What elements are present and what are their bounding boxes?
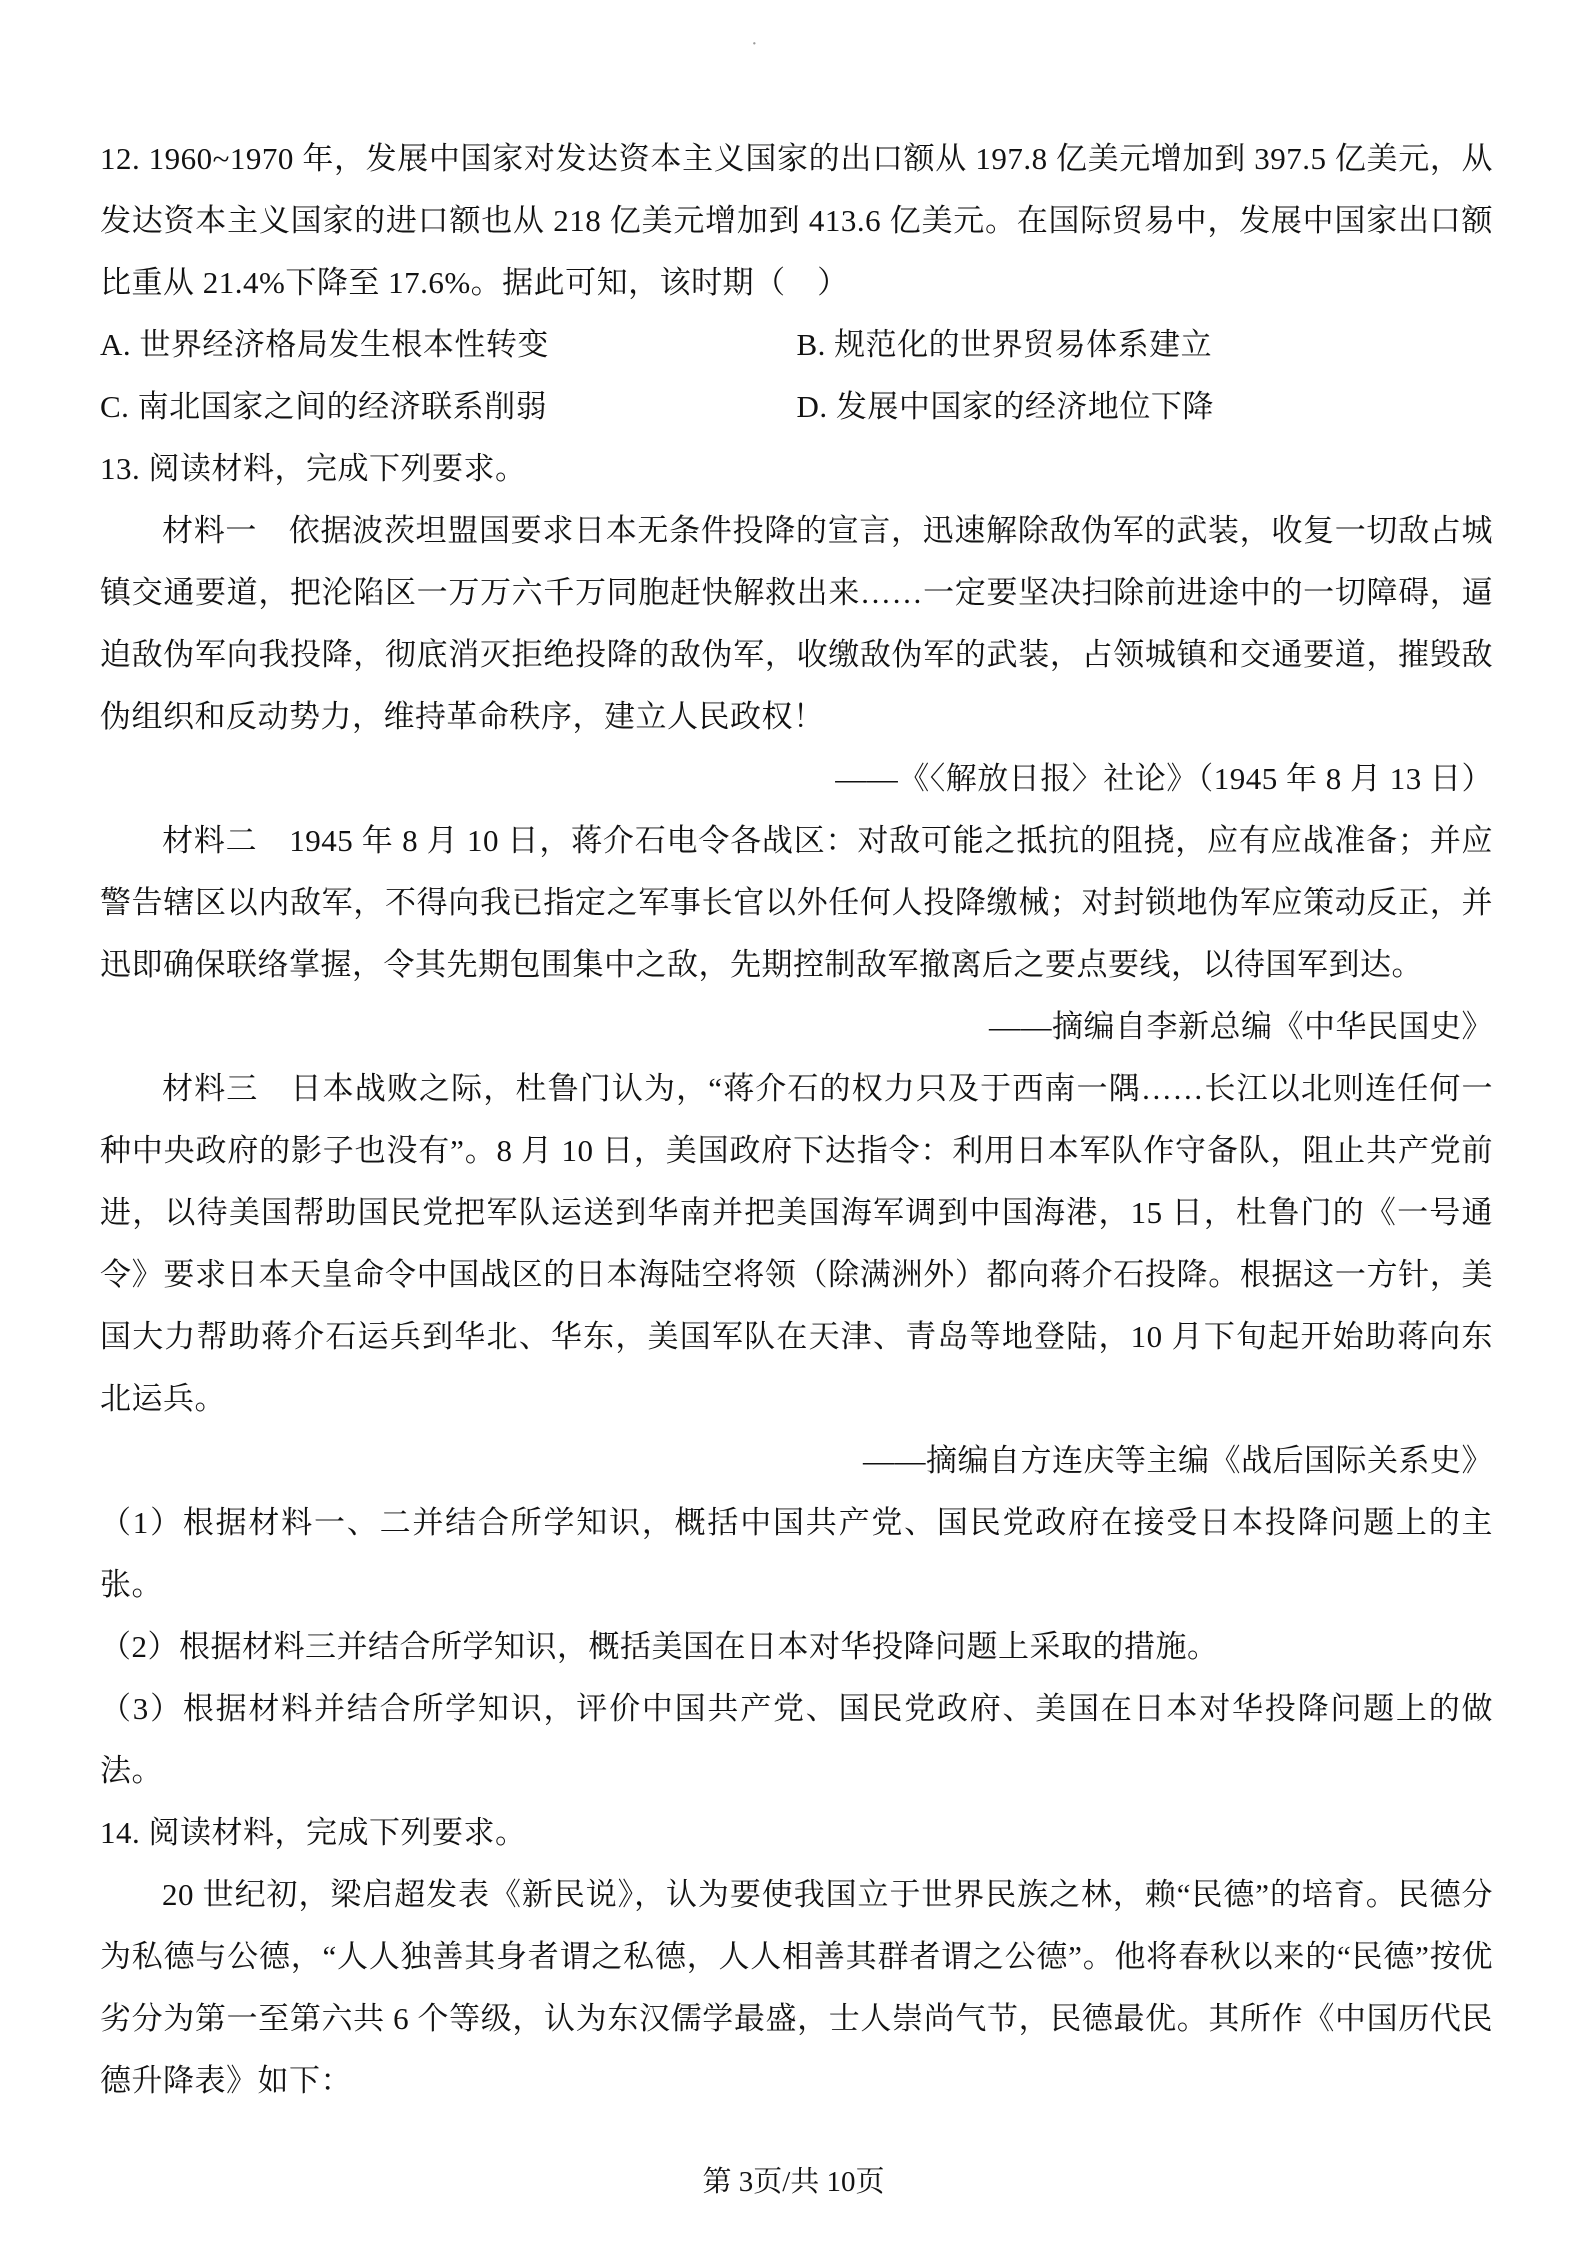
material-3-source: ——摘编自方连庆等主编《战后国际关系史》 — [100, 1430, 1493, 1492]
material-2-paragraph: 材料二 1945 年 8 月 10 日，蒋介石电令各战区：对敌可能之抵抗的阻挠，… — [100, 810, 1493, 996]
option-C: C. 南北国家之间的经济联系削弱 — [100, 376, 797, 438]
question-12-stem: 12. 1960~1970 年，发展中国家对发达资本主义国家的出口额从 197.… — [100, 128, 1493, 314]
question-14-heading: 14. 阅读材料，完成下列要求。 — [100, 1802, 1493, 1864]
page-number-label: 第 3页/共 10页 — [702, 2166, 884, 2198]
page-footer: 第 3页/共 10页 — [0, 2162, 1587, 2202]
exam-content: 12. 1960~1970 年，发展中国家对发达资本主义国家的出口额从 197.… — [100, 128, 1493, 2112]
question-14-material-paragraph: 20 世纪初，梁启超发表《新民说》，认为要使我国立于世界民族之林，赖“民德”的培… — [100, 1864, 1493, 2112]
question-13-subquestion-3: （3）根据材料并结合所学知识，评价中国共产党、国民党政府、美国在日本对华投降问题… — [100, 1678, 1493, 1802]
material-2-source: ——摘编自李新总编《中华民国史》 — [100, 996, 1493, 1058]
stray-dot-mark: · — [751, 34, 758, 54]
question-13-subquestion-2: （2）根据材料三并结合所学知识，概括美国在日本对华投降问题上采取的措施。 — [100, 1616, 1493, 1678]
material-1-source: ——《〈解放日报〉社论》（1945 年 8 月 13 日） — [100, 748, 1493, 810]
question-13-subquestion-1: （1）根据材料一、二并结合所学知识，概括中国共产党、国民党政府在接受日本投降问题… — [100, 1492, 1493, 1616]
question-13-heading: 13. 阅读材料，完成下列要求。 — [100, 438, 1493, 500]
material-1-paragraph: 材料一 依据波茨坦盟国要求日本无条件投降的宣言，迅速解除敌伪军的武装，收复一切敌… — [100, 500, 1493, 748]
option-D: D. 发展中国家的经济地位下降 — [797, 376, 1494, 438]
material-3-paragraph: 材料三 日本战败之际，杜鲁门认为，“蒋介石的权力只及于西南一隅……长江以北则连任… — [100, 1058, 1493, 1430]
option-B: B. 规范化的世界贸易体系建立 — [797, 314, 1494, 376]
question-12-options-ab: A. 世界经济格局发生根本性转变B. 规范化的世界贸易体系建立 — [100, 314, 1493, 376]
question-12-options-cd: C. 南北国家之间的经济联系削弱D. 发展中国家的经济地位下降 — [100, 376, 1493, 438]
exam-page: · 12. 1960~1970 年，发展中国家对发达资本主义国家的出口额从 19… — [0, 0, 1587, 2245]
option-A: A. 世界经济格局发生根本性转变 — [100, 314, 797, 376]
